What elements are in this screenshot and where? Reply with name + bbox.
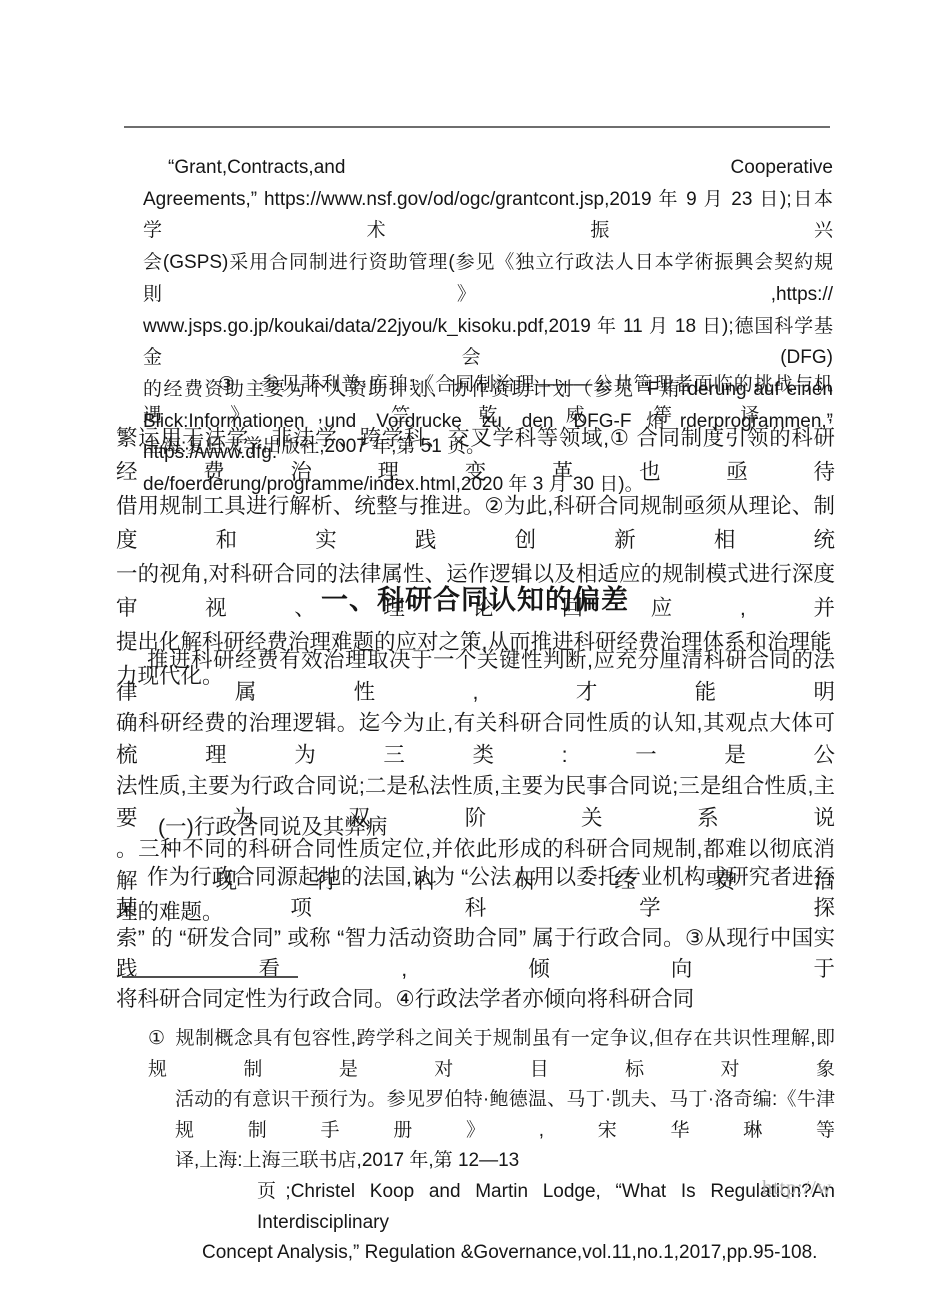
footnote-line: 页;Christel Koop and Martin Lodge, “What … bbox=[148, 1177, 835, 1238]
footnote-1-text: 规制概念具有包容性,跨学科之间关于规制虽有一定争议,但存在共识性理解,即规制是对… bbox=[148, 1028, 835, 1080]
document-page: “Grant,Contracts,and Cooperative Agreeme… bbox=[0, 0, 950, 1312]
footnote-line: Agreements,” https://www.nsf.gov/od/ogc/… bbox=[143, 184, 833, 247]
body-line: 确科研经费的治理逻辑。迄今为止,有关科研合同性质的认知,其观点大体可梳理为三类:… bbox=[116, 708, 835, 771]
footnote-1-marker: ① bbox=[148, 1024, 175, 1055]
footnote-line: 活动的有意识干预行为。参见罗伯特·鲍德温、马丁·凯夫、马丁·洛奇编:《牛津规制手… bbox=[148, 1085, 835, 1146]
footnote-line: Concept Analysis,” Regulation &Governanc… bbox=[148, 1238, 835, 1269]
footnote-line-left: “Grant,Contracts,and bbox=[143, 152, 345, 184]
footnote-1: ①规制概念具有包容性,跨学科之间关于规制虽有一定争议,但存在共识性理解,即规制是… bbox=[148, 1024, 835, 1269]
body-line: 将科研合同定性为行政合同。④行政法学者亦倾向将科研合同 bbox=[116, 984, 835, 1015]
subsection-heading: (一)行政合同说及其弊病 bbox=[158, 812, 387, 842]
footnote-line-right: Cooperative bbox=[731, 152, 833, 184]
footnote-3-marker: ③ bbox=[218, 369, 260, 400]
body-line: 借用规制工具进行解析、统整与推进。②为此,科研合同规制亟须从理论、制度和实践创新… bbox=[116, 489, 835, 557]
body-paragraph-3: 作为行政合同源起地的法国,认为 “公法人用以委托专业机构或研究者进行某项科学探 … bbox=[116, 862, 835, 1015]
section-heading: 一、科研合同认知的偏差 bbox=[0, 580, 950, 620]
url-watermark: http://w bbox=[762, 1177, 832, 1200]
footnote-line: 译,上海:上海三联书店,2017 年,第 12—13 bbox=[148, 1146, 835, 1177]
footnote-line: www.jsps.go.jp/koukai/data/22jyou/k_kiso… bbox=[143, 311, 833, 374]
body-line: 繁运用于法学、非法学、跨学科、交叉学科等领域,① 合同制度引领的科研经费治理变革… bbox=[116, 421, 835, 489]
footnote-line: “Grant,Contracts,and Cooperative bbox=[143, 152, 833, 184]
top-rule-divider bbox=[124, 126, 830, 128]
body-line: 作为行政合同源起地的法国,认为 “公法人用以委托专业机构或研究者进行某项科学探 bbox=[116, 862, 835, 923]
body-line: 索” 的 “研发合同” 或称 “智力活动资助合同” 属于行政合同。③从现行中国实… bbox=[116, 923, 835, 984]
footnote-line: 会(GSPS)采用合同制进行资助管理(参见《独立行政法人日本学術振興会契約規則》… bbox=[143, 247, 833, 310]
body-line: 推进科研经费有效治理取决于一个关键性判断,应充分厘清科研合同的法律属性,才能明 bbox=[116, 645, 835, 708]
footnote-separator-rule bbox=[122, 976, 298, 978]
footnote-line: ①规制概念具有包容性,跨学科之间关于规制虽有一定争议,但存在共识性理解,即规制是… bbox=[148, 1024, 835, 1085]
